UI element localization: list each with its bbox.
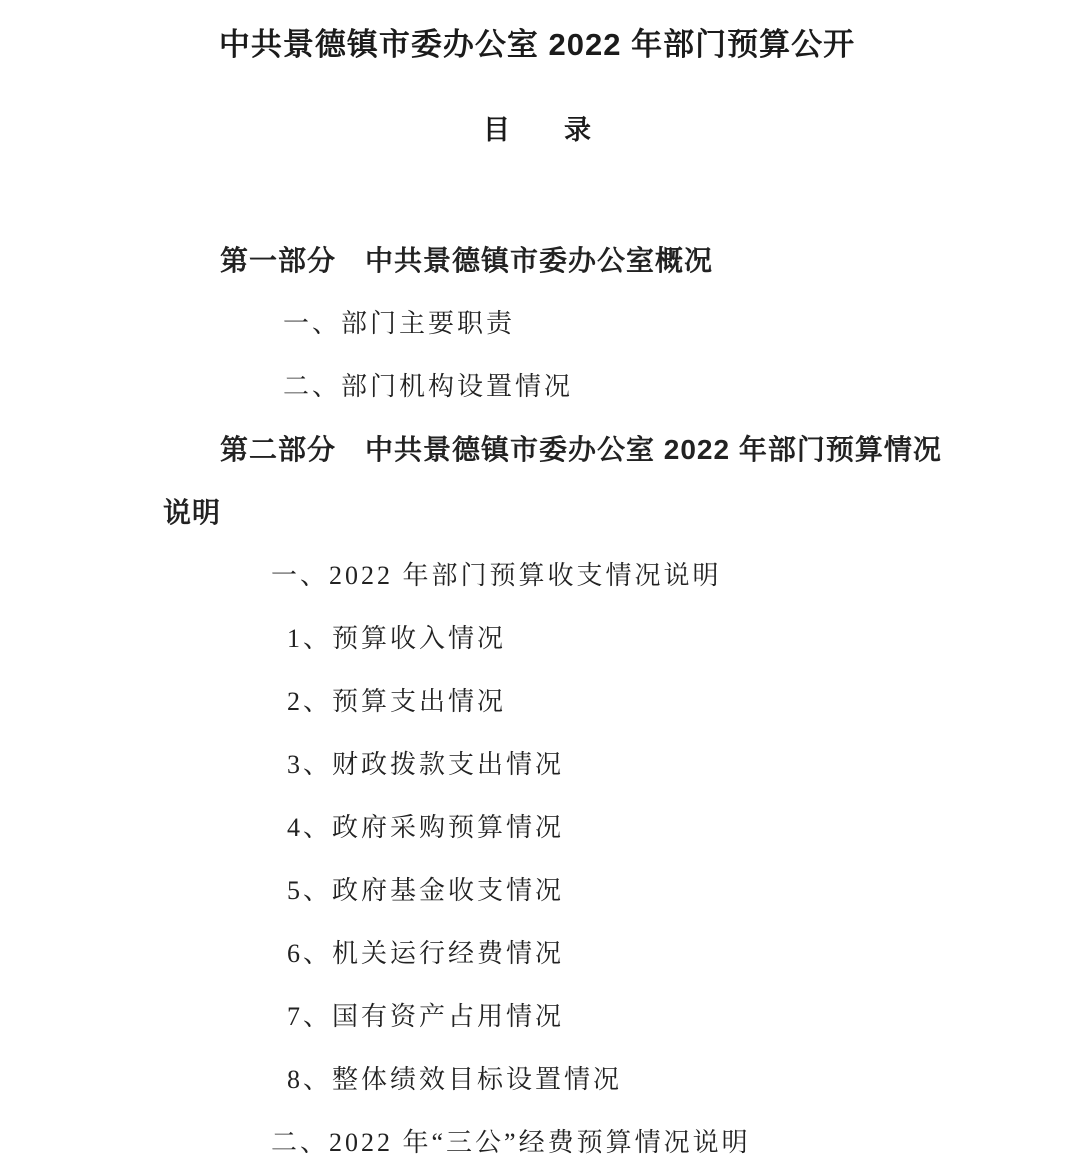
toc-part2-item-1-sub-7: 7、国有资产占用情况	[0, 983, 1074, 1046]
toc-part2-item-1-sub-5: 5、政府基金收支情况	[0, 857, 1074, 920]
toc-part2-item-1-sub-8: 8、整体绩效目标设置情况	[0, 1046, 1074, 1109]
document-page: 中共景德镇市委办公室 2022 年部门预算公开 目 录 第一部分 中共景德镇市委…	[0, 0, 1074, 1170]
toc-part2-item-1-sub-6: 6、机关运行经费情况	[0, 920, 1074, 983]
toc-part2-item-1-sub-4: 4、政府采购预算情况	[0, 794, 1074, 857]
table-of-contents: 第一部分 中共景德镇市委办公室概况 一、部门主要职责 二、部门机构设置情况 第二…	[0, 227, 1074, 1170]
toc-part2-heading: 第二部分 中共景德镇市委办公室 2022 年部门预算情况	[0, 416, 1074, 479]
toc-part2-item-2: 二、2022 年“三公”经费预算情况说明	[0, 1109, 1074, 1170]
toc-part1-heading: 第一部分 中共景德镇市委办公室概况	[0, 227, 1074, 290]
toc-part2-item-1-sub-3: 3、财政拨款支出情况	[0, 731, 1074, 794]
toc-part2-item-1-sub-1: 1、预算收入情况	[0, 605, 1074, 668]
toc-part2-item-1-sub-2: 2、预算支出情况	[0, 668, 1074, 731]
toc-part2-heading-wrap: 说明	[0, 479, 1074, 542]
toc-part1-item-2: 二、部门机构设置情况	[0, 353, 1074, 416]
toc-part2-item-1: 一、2022 年部门预算收支情况说明	[0, 542, 1074, 605]
document-title: 中共景德镇市委办公室 2022 年部门预算公开	[0, 26, 1074, 63]
toc-heading: 目 录	[0, 114, 1074, 146]
toc-part1-item-1: 一、部门主要职责	[0, 290, 1074, 353]
